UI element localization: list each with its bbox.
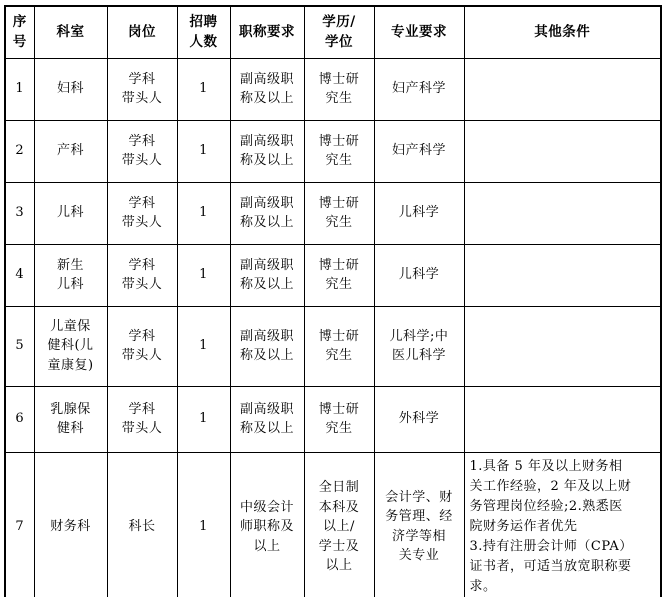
col-header-position: 岗位 xyxy=(107,6,177,58)
cell-headcount: 1 xyxy=(177,452,230,597)
cell-title-requirement: 中级会计 师职称及 以上 xyxy=(230,452,304,597)
cell-title-requirement: 副高级职 称及以上 xyxy=(230,306,304,386)
cell-position: 学科 带头人 xyxy=(107,306,177,386)
cell-other-conditions xyxy=(464,58,661,120)
cell-other-conditions xyxy=(464,244,661,306)
cell-headcount: 1 xyxy=(177,182,230,244)
cell-title-requirement: 副高级职 称及以上 xyxy=(230,182,304,244)
table-row: 7 财务科 科长 1 中级会计 师职称及 以上 全日制 本科及 以上/ 学士及 … xyxy=(5,452,661,597)
cell-headcount: 1 xyxy=(177,306,230,386)
col-header-education-degree: 学历/ 学位 xyxy=(304,6,374,58)
cell-other-conditions: 1.具备 5 年及以上财务相 关工作经验，2 年及以上财 务管理岗位经验;2.熟… xyxy=(464,452,661,597)
cell-department: 产科 xyxy=(34,120,107,182)
cell-headcount: 1 xyxy=(177,58,230,120)
col-header-title-requirement: 职称要求 xyxy=(230,6,304,58)
table-row: 5 儿童保 健科(儿 童康复) 学科 带头人 1 副高级职 称及以上 博士研 究… xyxy=(5,306,661,386)
cell-position: 学科 带头人 xyxy=(107,182,177,244)
cell-headcount: 1 xyxy=(177,120,230,182)
cell-major-requirement: 妇产科学 xyxy=(374,120,464,182)
cell-title-requirement: 副高级职 称及以上 xyxy=(230,58,304,120)
cell-department: 新生 儿科 xyxy=(34,244,107,306)
cell-title-requirement: 副高级职 称及以上 xyxy=(230,244,304,306)
cell-education-degree: 博士研 究生 xyxy=(304,244,374,306)
cell-title-requirement: 副高级职 称及以上 xyxy=(230,120,304,182)
table-row: 6 乳腺保 健科 学科 带头人 1 副高级职 称及以上 博士研 究生 外科学 xyxy=(5,386,661,452)
cell-headcount: 1 xyxy=(177,386,230,452)
cell-index: 3 xyxy=(5,182,34,244)
cell-other-conditions xyxy=(464,182,661,244)
cell-position: 学科 带头人 xyxy=(107,120,177,182)
cell-index: 6 xyxy=(5,386,34,452)
cell-education-degree: 全日制 本科及 以上/ 学士及 以上 xyxy=(304,452,374,597)
cell-education-degree: 博士研 究生 xyxy=(304,182,374,244)
col-header-department: 科室 xyxy=(34,6,107,58)
cell-education-degree: 博士研 究生 xyxy=(304,120,374,182)
cell-major-requirement: 儿科学 xyxy=(374,182,464,244)
cell-major-requirement: 妇产科学 xyxy=(374,58,464,120)
header-row: 序 号 科室 岗位 招聘 人数 职称要求 学历/ 学位 专业要求 其他条件 xyxy=(5,6,661,58)
cell-major-requirement: 外科学 xyxy=(374,386,464,452)
table-row: 3 儿科 学科 带头人 1 副高级职 称及以上 博士研 究生 儿科学 xyxy=(5,182,661,244)
cell-education-degree: 博士研 究生 xyxy=(304,386,374,452)
cell-other-conditions xyxy=(464,120,661,182)
cell-department: 妇科 xyxy=(34,58,107,120)
cell-title-requirement: 副高级职 称及以上 xyxy=(230,386,304,452)
cell-major-requirement: 儿科学 xyxy=(374,244,464,306)
col-header-index: 序 号 xyxy=(5,6,34,58)
cell-department: 儿童保 健科(儿 童康复) xyxy=(34,306,107,386)
cell-other-conditions xyxy=(464,386,661,452)
cell-education-degree: 博士研 究生 xyxy=(304,58,374,120)
col-header-headcount: 招聘 人数 xyxy=(177,6,230,58)
cell-department: 儿科 xyxy=(34,182,107,244)
col-header-other-conditions: 其他条件 xyxy=(464,6,661,58)
cell-education-degree: 博士研 究生 xyxy=(304,306,374,386)
table-row: 2 产科 学科 带头人 1 副高级职 称及以上 博士研 究生 妇产科学 xyxy=(5,120,661,182)
recruitment-table: 序 号 科室 岗位 招聘 人数 职称要求 学历/ 学位 专业要求 其他条件 1 … xyxy=(4,5,662,597)
table-row: 4 新生 儿科 学科 带头人 1 副高级职 称及以上 博士研 究生 儿科学 xyxy=(5,244,661,306)
cell-department: 财务科 xyxy=(34,452,107,597)
cell-index: 1 xyxy=(5,58,34,120)
cell-index: 4 xyxy=(5,244,34,306)
cell-position: 学科 带头人 xyxy=(107,58,177,120)
cell-index: 2 xyxy=(5,120,34,182)
col-header-major-requirement: 专业要求 xyxy=(374,6,464,58)
table-row: 1 妇科 学科 带头人 1 副高级职 称及以上 博士研 究生 妇产科学 xyxy=(5,58,661,120)
cell-position: 学科 带头人 xyxy=(107,244,177,306)
cell-headcount: 1 xyxy=(177,244,230,306)
cell-index: 7 xyxy=(5,452,34,597)
cell-other-conditions xyxy=(464,306,661,386)
cell-position: 学科 带头人 xyxy=(107,386,177,452)
cell-position: 科长 xyxy=(107,452,177,597)
cell-major-requirement: 儿科学;中 医儿科学 xyxy=(374,306,464,386)
cell-index: 5 xyxy=(5,306,34,386)
cell-department: 乳腺保 健科 xyxy=(34,386,107,452)
cell-major-requirement: 会计学、财 务管理、经 济学等相 关专业 xyxy=(374,452,464,597)
